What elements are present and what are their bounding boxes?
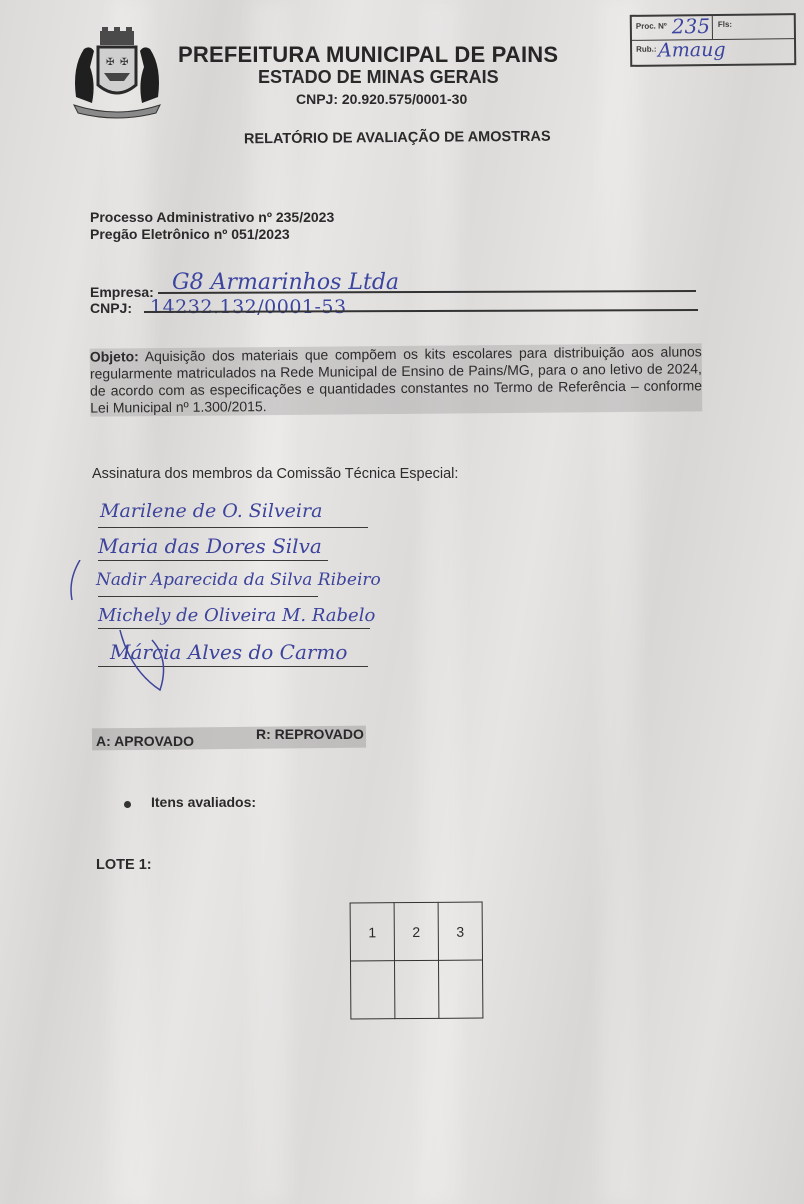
objeto-label: Objeto:	[90, 348, 139, 364]
grid-header-cell: 1	[350, 903, 394, 961]
cnpj-value: 14232.132/0001-53	[150, 296, 347, 318]
report-title: RELATÓRIO DE AVALIAÇÃO DE AMOSTRAS	[244, 129, 551, 148]
proc-value: 235	[672, 14, 710, 38]
lote-label: LOTE 1:	[96, 857, 152, 873]
signature-2: Maria das Dores Silva	[98, 534, 322, 558]
svg-text:✠: ✠	[106, 57, 114, 68]
process-info: Processo Administrativo nº 235/2023 Preg…	[90, 209, 334, 243]
coat-of-arms-icon: ✠✠	[66, 27, 168, 119]
signatures-heading: Assinatura dos membros da Comissão Técni…	[92, 466, 458, 482]
signature-1: Marilene de O. Silveira	[100, 500, 322, 522]
header-title: PREFEITURA MUNICIPAL DE PAINS	[178, 42, 558, 68]
header-state: ESTADO DE MINAS GERAIS	[258, 67, 499, 88]
pregao-number: Pregão Eletrônico nº 051/2023	[90, 226, 334, 243]
fls-label: Fls:	[718, 20, 732, 29]
signature-flourish	[60, 560, 220, 720]
empresa-label: Empresa:	[90, 284, 154, 300]
grid-header-cell: 2	[394, 902, 438, 960]
bullet-icon	[124, 801, 131, 808]
grid-value-cell[interactable]	[351, 961, 395, 1019]
objeto-text: Aquisição dos materiais que compõem os k…	[90, 343, 702, 415]
protocol-stamp: Proc. Nº 235 Fls: Rub.: Amaug	[630, 13, 797, 67]
items-evaluated-label: Itens avaliados:	[151, 794, 256, 810]
grid-value-cell[interactable]	[438, 960, 482, 1018]
rub-signature: Amaug	[658, 39, 726, 62]
header-cnpj: CNPJ: 20.920.575/0001-30	[296, 91, 467, 107]
proc-label: Proc. Nº	[636, 21, 667, 30]
rub-label: Rub.:	[636, 45, 657, 54]
cnpj-label: CNPJ:	[90, 300, 132, 316]
grid-value-row	[351, 960, 483, 1019]
grid-value-cell[interactable]	[395, 960, 439, 1018]
objeto-paragraph: Objeto: Aquisição dos materiais que comp…	[90, 343, 703, 416]
legend-rejected: R: REPROVADO	[256, 726, 364, 742]
legend-approved: A: APROVADO	[96, 733, 194, 749]
grid-header-cell: 3	[438, 902, 482, 960]
process-number: Processo Administrativo nº 235/2023	[90, 209, 334, 226]
grid-header-row: 1 2 3	[350, 902, 482, 961]
svg-text:✠: ✠	[120, 57, 128, 68]
lot-evaluation-grid: 1 2 3	[350, 902, 484, 1020]
